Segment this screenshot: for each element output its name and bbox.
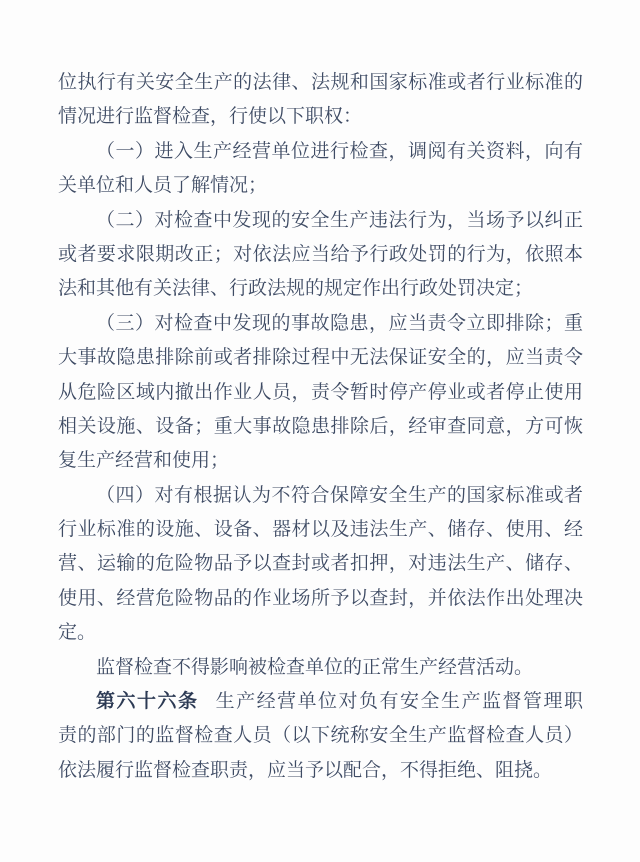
text-run: 定。 — [58, 622, 96, 643]
text-run: 使用、经营危险物品的作业场所予以查封，并依法作出处理决 — [58, 588, 583, 609]
text-run: 生产经营单位对负有安全生产监督管理职 — [216, 691, 583, 712]
text-line: （三）对检查中发现的事故隐患，应当责令立即排除；重 — [58, 307, 583, 341]
text-run: 营、运输的危险物品予以查封或者扣押，对违法生产、储存、 — [58, 553, 583, 574]
text-run: 关单位和人员了解情况； — [58, 175, 267, 196]
text-run: （三）对检查中发现的事故隐患，应当责令立即排除；重 — [96, 313, 583, 334]
document-page: 位执行有关安全生产的法律、法规和国家标准或者行业标准的情况进行监督检查，行使以下… — [0, 0, 640, 862]
article-number: 第六十六条 — [96, 691, 198, 712]
text-line: （一）进入生产经营单位进行检查，调阅有关资料，向有 — [58, 135, 583, 169]
text-run: 位执行有关安全生产的法律、法规和国家标准或者行业标准的 — [58, 72, 583, 93]
text-line: 定。 — [58, 616, 583, 650]
text-run: 行业标准的设施、设备、器材以及违法生产、储存、使用、经 — [58, 519, 583, 540]
text-line: 营、运输的危险物品予以查封或者扣押，对违法生产、储存、 — [58, 547, 583, 581]
text-line: 或者要求限期改正；对依法应当给予行政处罚的行为，依照本 — [58, 238, 583, 272]
text-line: 责的部门的监督检查人员（以下统称安全生产监督检查人员） — [58, 719, 583, 753]
text-run: （一）进入生产经营单位进行检查，调阅有关资料，向有 — [96, 141, 583, 162]
text-run: 情况进行监督检查，行使以下职权： — [58, 106, 362, 127]
text-line: 从危险区域内撤出作业人员，责令暂时停产停业或者停止使用 — [58, 376, 583, 410]
text-run: 大事故隐患排除前或者排除过程中无法保证安全的，应当责令 — [58, 347, 583, 368]
text-run: 相关设施、设备；重大事故隐患排除后，经审查同意，方可恢 — [58, 416, 583, 437]
text-run: 监督检查不得影响被检查单位的正常生产经营活动。 — [96, 657, 533, 678]
text-line: 使用、经营危险物品的作业场所予以查封，并依法作出处理决 — [58, 582, 583, 616]
text-line: 行业标准的设施、设备、器材以及违法生产、储存、使用、经 — [58, 513, 583, 547]
text-line: 复生产经营和使用； — [58, 444, 583, 478]
text-run: 法和其他有关法律、行政法规的规定作出行政处罚决定； — [58, 278, 533, 299]
document-text-block: 位执行有关安全生产的法律、法规和国家标准或者行业标准的情况进行监督检查，行使以下… — [58, 66, 583, 788]
text-run: 复生产经营和使用； — [58, 450, 229, 471]
text-run: （四）对有根据认为不符合保障安全生产的国家标准或者 — [96, 485, 583, 506]
text-line: 大事故隐患排除前或者排除过程中无法保证安全的，应当责令 — [58, 341, 583, 375]
text-run: 责的部门的监督检查人员（以下统称安全生产监督检查人员） — [58, 725, 583, 746]
text-line: （二）对检查中发现的安全生产违法行为，当场予以纠正 — [58, 204, 583, 238]
text-run: 或者要求限期改正；对依法应当给予行政处罚的行为，依照本 — [58, 244, 583, 265]
text-line: 关单位和人员了解情况； — [58, 169, 583, 203]
text-line: 第六十六条生产经营单位对负有安全生产监督管理职 — [58, 685, 583, 719]
text-line: 相关设施、设备；重大事故隐患排除后，经审查同意，方可恢 — [58, 410, 583, 444]
text-line: 情况进行监督检查，行使以下职权： — [58, 100, 583, 134]
text-run: 从危险区域内撤出作业人员，责令暂时停产停业或者停止使用 — [58, 382, 583, 403]
text-line: 依法履行监督检查职责，应当予以配合，不得拒绝、阻挠。 — [58, 754, 583, 788]
text-line: （四）对有根据认为不符合保障安全生产的国家标准或者 — [58, 479, 583, 513]
text-line: 位执行有关安全生产的法律、法规和国家标准或者行业标准的 — [58, 66, 583, 100]
text-line: 监督检查不得影响被检查单位的正常生产经营活动。 — [58, 651, 583, 685]
text-run: 依法履行监督检查职责，应当予以配合，不得拒绝、阻挠。 — [58, 760, 552, 781]
text-line: 法和其他有关法律、行政法规的规定作出行政处罚决定； — [58, 272, 583, 306]
text-run: （二）对检查中发现的安全生产违法行为，当场予以纠正 — [96, 210, 583, 231]
